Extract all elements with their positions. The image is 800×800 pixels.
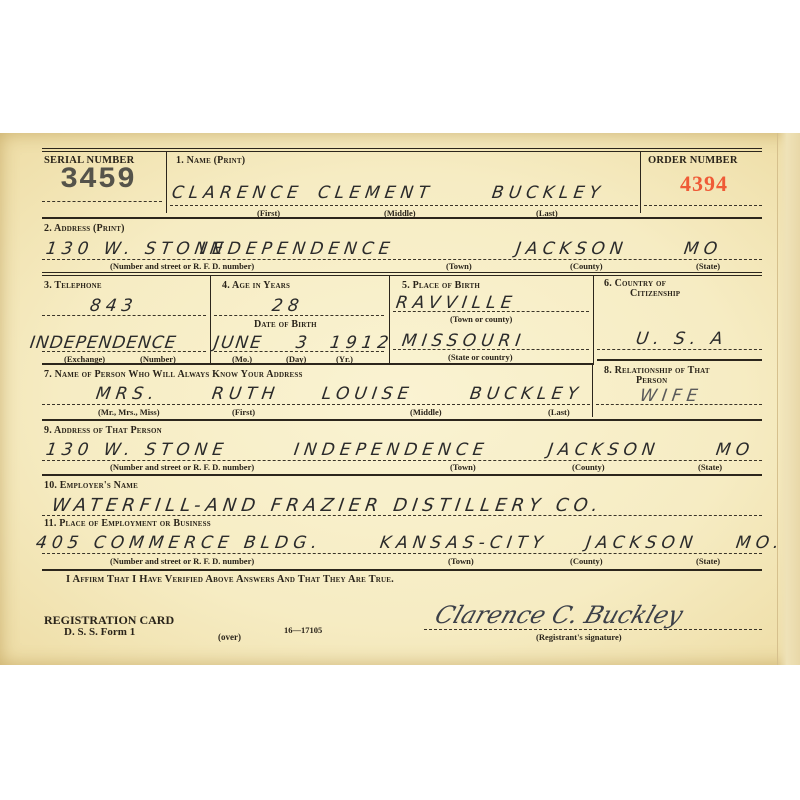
divider xyxy=(593,276,594,364)
age-label: 4. Age in Years xyxy=(222,280,290,291)
employment-underline xyxy=(42,553,762,554)
contact-label: 7. Name of Person Who Will Always Know Y… xyxy=(44,369,303,380)
contact-underline xyxy=(42,404,590,405)
citizenship-underline xyxy=(597,349,762,350)
employer-value: WATERFILL-AND FRAZIER DISTILLERY CO. xyxy=(51,495,605,516)
contact-address-sub-town: (Town) xyxy=(450,462,476,472)
dob-day: 3 xyxy=(295,333,314,353)
divider xyxy=(640,151,641,213)
order-number-label: ORDER NUMBER xyxy=(648,155,738,166)
employment-sub-state: (State) xyxy=(696,556,720,566)
dob-underline xyxy=(214,351,384,352)
divider xyxy=(166,151,167,213)
form-code: 16—17105 xyxy=(284,625,322,635)
serial-underline xyxy=(42,201,162,202)
dob-year: 1912 xyxy=(329,333,395,353)
employment-county: JACKSON xyxy=(585,533,699,553)
affirmation-text: I Affirm That I Have Verified Above Answ… xyxy=(66,574,394,585)
registration-card: SERIAL NUMBER 3459 1. Name (Print) CLARE… xyxy=(0,133,800,665)
relationship-label-line2: Person xyxy=(636,375,667,386)
dob-month: JUNE xyxy=(213,333,265,353)
row-divider xyxy=(42,363,594,365)
birthplace-state-underline xyxy=(393,349,589,350)
employer-label: 10. Employer's Name xyxy=(44,480,138,491)
dob-label: Date of Birth xyxy=(254,319,317,330)
address-underline xyxy=(42,259,762,260)
over-text: (over) xyxy=(218,632,241,642)
contact-address-street: 130 W. STONE xyxy=(45,440,230,460)
name-last: BUCKLEY xyxy=(491,183,607,203)
birthplace-label: 5. Place of Birth xyxy=(402,280,480,291)
citizenship-label-line2: Citizenship xyxy=(630,288,680,299)
name-middle: CLEMENT xyxy=(317,183,435,203)
row-divider xyxy=(42,419,762,421)
address-sub-town: (Town) xyxy=(446,261,472,271)
employment-sub-street: (Number and street or R. F. D. number) xyxy=(110,556,254,566)
contact-sub-title: (Mr., Mrs., Miss) xyxy=(98,407,160,417)
age-underline xyxy=(214,315,384,316)
employment-state: MO. xyxy=(735,533,786,553)
contact-address-sub-county: (County) xyxy=(572,462,605,472)
divider xyxy=(592,363,593,417)
birthplace-town-underline xyxy=(393,311,589,312)
address-sub-street: (Number and street or R. F. D. number) xyxy=(110,261,254,271)
address-town: INDEPENDENCE xyxy=(199,239,396,259)
contact-sub-middle: (Middle) xyxy=(410,407,442,417)
contact-sub-first: (First) xyxy=(232,407,255,417)
employment-sub-county: (County) xyxy=(570,556,603,566)
address-state: MO xyxy=(683,239,724,259)
employment-sub-town: (Town) xyxy=(448,556,474,566)
telephone-exchange: INDEPENDENCE xyxy=(29,333,178,353)
contact-address-sub-street: (Number and street or R. F. D. number) xyxy=(110,462,254,472)
contact-address-county: JACKSON xyxy=(547,440,661,460)
order-number-value: 4394 xyxy=(680,171,728,197)
name-underline xyxy=(170,205,638,206)
birthplace-state: MISSOURI xyxy=(401,331,527,351)
telephone-underline xyxy=(42,315,206,316)
contact-address-town: INDEPENDENCE xyxy=(293,440,490,460)
exchange-underline xyxy=(42,351,206,352)
age-value: 28 xyxy=(271,296,305,316)
relationship-value: WIFE xyxy=(639,386,704,406)
address-label: 2. Address (Print) xyxy=(44,223,125,234)
row-divider xyxy=(42,272,762,276)
address-county: JACKSON xyxy=(515,239,629,259)
contact-address-underline xyxy=(42,460,762,461)
name-first: CLARENCE xyxy=(171,183,305,203)
citizenship-value: U. S. A xyxy=(635,329,729,349)
employer-underline xyxy=(42,515,762,516)
employment-street: 405 COMMERCE BLDG. xyxy=(35,533,324,553)
divider xyxy=(210,276,211,364)
row-divider xyxy=(42,474,762,476)
row-divider xyxy=(42,569,762,571)
order-underline xyxy=(644,205,762,206)
address-sub-state: (State) xyxy=(696,261,720,271)
birthplace-sub-town: (Town or county) xyxy=(450,314,512,324)
employment-place-label: 11. Place of Employment or Business xyxy=(44,518,211,529)
relationship-underline xyxy=(596,404,762,405)
contact-address-sub-state: (State) xyxy=(698,462,722,472)
contact-middle: LOUISE xyxy=(321,384,415,404)
telephone-number: 843 xyxy=(89,296,139,316)
contact-last: BUCKLEY xyxy=(469,384,585,404)
telephone-label: 3. Telephone xyxy=(44,280,102,291)
row-divider xyxy=(597,359,762,361)
contact-title: MRS. xyxy=(95,384,160,404)
birthplace-town: RAVVILLE xyxy=(395,293,518,313)
signature-underline xyxy=(424,629,762,630)
signature-sub: (Registrant's signature) xyxy=(536,632,622,642)
contact-address-label: 9. Address of That Person xyxy=(44,425,162,436)
contact-first: RUTH xyxy=(211,384,281,404)
contact-sub-last: (Last) xyxy=(548,407,570,417)
row-divider xyxy=(42,217,762,219)
employment-town: KANSAS-CITY xyxy=(379,533,549,553)
form-number: D. S. S. Form 1 xyxy=(64,626,135,638)
address-sub-county: (County) xyxy=(570,261,603,271)
contact-address-state: MO xyxy=(715,440,756,460)
top-rule xyxy=(42,148,762,152)
divider xyxy=(389,276,390,364)
birthplace-sub-state: (State or country) xyxy=(448,352,513,362)
registrant-signature: Clarence C. Buckley xyxy=(431,601,686,629)
serial-number-value: 3459 xyxy=(60,163,136,197)
card-edge xyxy=(777,133,800,665)
name-label: 1. Name (Print) xyxy=(176,155,245,166)
